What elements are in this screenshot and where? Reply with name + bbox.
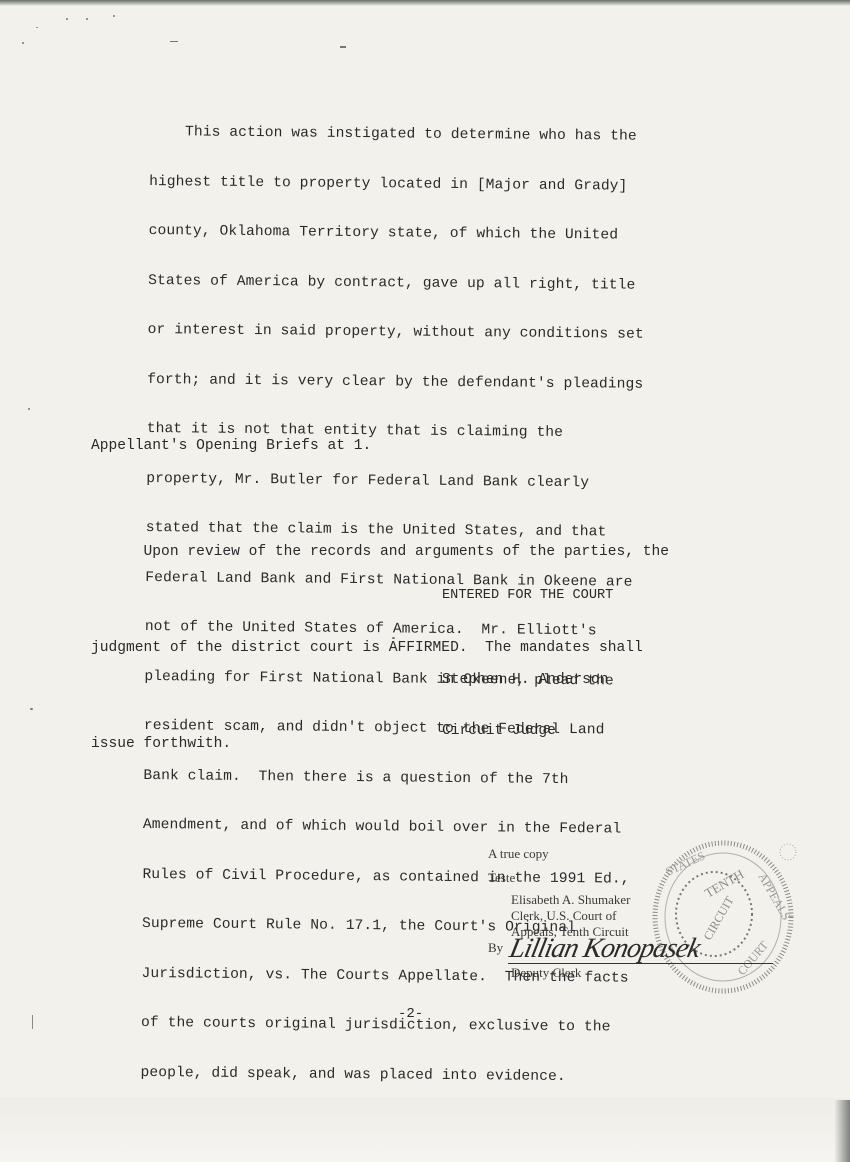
- svg-text:APPEALS: APPEALS: [755, 871, 793, 923]
- judge-title: Circuit Judge: [442, 723, 608, 740]
- judge-signature-block: Stephen H. Anderson Circuit Judge: [442, 638, 608, 757]
- scan-edge-top: [0, 0, 850, 6]
- quote-line: people, did speak, and was placed into e…: [140, 1064, 720, 1086]
- deputy-signature: Lillian Konopasek: [507, 933, 703, 965]
- quote-line: or interest in said property, without an…: [148, 322, 728, 344]
- ruling-line: issue forthwith.: [91, 728, 771, 760]
- quote-line: This action was instigated to determine …: [150, 124, 730, 146]
- scan-speck: [66, 18, 68, 20]
- scan-edge-bottom: [0, 1098, 850, 1162]
- quote-line: States of America by contract, gave up a…: [148, 272, 728, 294]
- scan-speck: [28, 408, 30, 410]
- court-seal-icon: TENTH CIRCUIT STATES APPEALS COURT: [648, 836, 798, 998]
- true-copy-label: A true copy: [488, 846, 549, 862]
- scan-speck: [113, 15, 115, 17]
- scan-speck: [340, 46, 346, 48]
- citation: Appellant's Opening Briefs at 1.: [91, 438, 371, 454]
- scan-speck: [22, 42, 24, 44]
- clerk-name: Elisabeth A. Shumaker: [511, 892, 631, 908]
- deputy-clerk-label: Deputy Clerk: [511, 965, 581, 981]
- ruling-line: judgment of the district court is AFFIRM…: [91, 632, 771, 664]
- quote-line: highest title to property located in [Ma…: [149, 173, 729, 195]
- entered-for-the-court: ENTERED FOR THE COURT: [442, 588, 613, 603]
- scan-margin-mark: [32, 1015, 33, 1029]
- by-label: By: [488, 940, 503, 956]
- signature-line: [508, 963, 773, 964]
- quote-line: Rules of Civil Procedure, as contained i…: [142, 866, 722, 888]
- quote-line: Jurisdiction, vs. The Courts Appellate. …: [141, 965, 721, 987]
- judge-name: Stephen H. Anderson: [442, 672, 608, 689]
- quote-line: Amendment, and of which would boil over …: [143, 817, 723, 839]
- scan-edge-right: [834, 1100, 850, 1162]
- scan-speck: [86, 18, 88, 20]
- svg-text:CIRCUIT: CIRCUIT: [700, 893, 736, 942]
- quote-line: county, Oklahoma Territory state, of whi…: [149, 223, 729, 245]
- clerk-title: Clerk, U.S. Court of: [511, 908, 616, 924]
- scan-speck: [30, 708, 33, 710]
- scan-speck: [36, 27, 38, 28]
- quote-line: forth; and it is very clear by the defen…: [147, 371, 727, 393]
- page-number: -2-: [398, 1006, 423, 1022]
- ruling-line: Upon review of the records and arguments…: [91, 536, 771, 568]
- ruling-paragraph: Upon review of the records and arguments…: [91, 472, 771, 792]
- quote-line: of the courts original jurisdiction, exc…: [141, 1015, 721, 1037]
- teste-label: Teste: [488, 870, 515, 886]
- scan-speck: [170, 41, 178, 42]
